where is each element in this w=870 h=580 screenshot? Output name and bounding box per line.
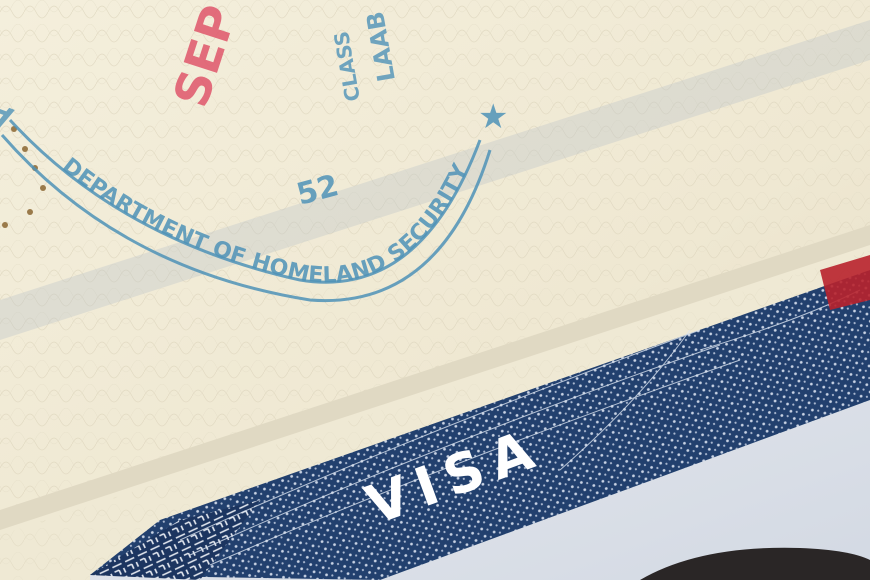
passport-photo: DEPARTMENT OF HOMELAND SECURITY ADMI 52 …	[0, 0, 870, 580]
passport-illustration: DEPARTMENT OF HOMELAND SECURITY ADMI 52 …	[0, 0, 870, 580]
star-icon: ★	[478, 97, 508, 137]
